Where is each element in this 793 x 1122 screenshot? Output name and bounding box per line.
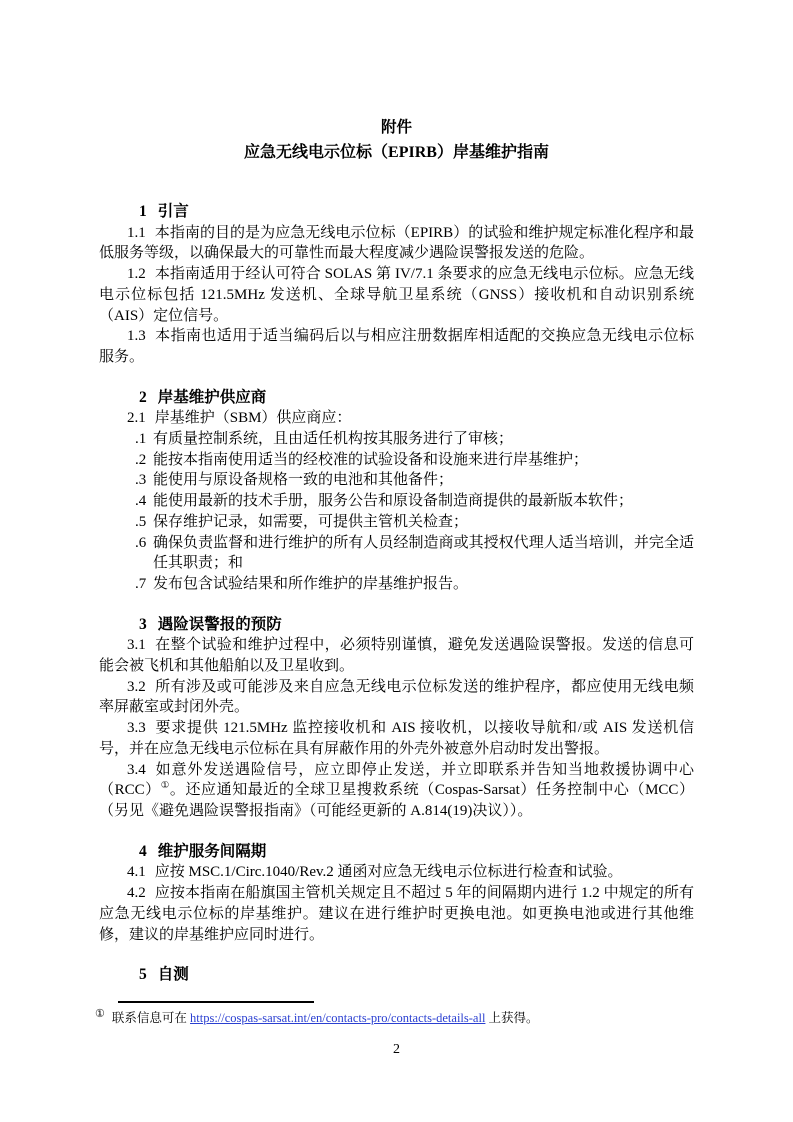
paragraph-number: 1.1	[127, 225, 146, 241]
section-heading-false-alert-prevention: 3遇险误警报的预防	[99, 615, 694, 636]
footnote-area: ①联系信息可在 https://cospas-sarsat.int/en/con…	[99, 1001, 694, 1027]
section-number: 3	[139, 616, 147, 633]
section-heading-maintenance-intervals: 4维护服务间隔期	[99, 842, 694, 863]
list-item-text: 发布包含试验结果和所作维护的岸基维护报告。	[153, 574, 694, 595]
list-item-marker: .7	[135, 574, 153, 595]
page-number: 2	[0, 1040, 793, 1061]
requirements-list: .1有质量控制系统，且由适任机构按其服务进行了审核； .2能按本指南使用适当的经…	[99, 429, 694, 595]
footnote-marker: ①	[95, 1008, 105, 1020]
footnote-text-before: 联系信息可在	[112, 1011, 190, 1025]
list-item-text: 确保负责监督和进行维护的所有人员经制造商或其授权代理人适当培训，并完全适任其职责…	[153, 533, 694, 574]
list-item-marker: .1	[135, 429, 153, 450]
paragraph-text: 在整个试验和维护过程中，必须特别谨慎，避免发送遇险误警报。发送的信息可能会被飞机…	[99, 637, 694, 674]
paragraph-1-1: 1.1本指南的目的是为应急无线电示位标（EPIRB）的试验和维护规定标准化程序和…	[99, 223, 694, 264]
paragraph-text: 所有涉及或可能涉及来自应急无线电示位标发送的维护程序，都应使用无线电频率屏蔽室或…	[99, 679, 694, 716]
document-title: 应急无线电示位标（EPIRB）岸基维护指南	[99, 140, 694, 165]
section-self-test: 5自测	[99, 965, 694, 986]
section-title: 引言	[158, 203, 189, 220]
paragraph-1-2: 1.2本指南适用于经认可符合 SOLAS 第 IV/7.1 条要求的应急无线电示…	[99, 264, 694, 326]
section-number: 1	[139, 203, 147, 220]
section-heading-sbm-providers: 2岸基维护供应商	[99, 388, 694, 409]
paragraph-3-2: 3.2所有涉及或可能涉及来自应急无线电示位标发送的维护程序，都应使用无线电频率屏…	[99, 677, 694, 718]
paragraph-text: 应按 MSC.1/Circ.1040/Rev.2 通函对应急无线电示位标进行检查…	[155, 864, 623, 880]
attachment-label: 附件	[99, 115, 694, 140]
section-false-alert-prevention: 3遇险误警报的预防 3.1在整个试验和维护过程中，必须特别谨慎，避免发送遇险误警…	[99, 615, 694, 822]
section-title: 维护服务间隔期	[158, 843, 267, 860]
paragraph-3-1: 3.1在整个试验和维护过程中，必须特别谨慎，避免发送遇险误警报。发送的信息可能会…	[99, 635, 694, 676]
footnote-separator	[118, 1001, 314, 1003]
paragraph-text: 。还应通知最近的全球卫星搜救系统（Cospas-Sarsat）任务控制中心（MC…	[99, 782, 694, 819]
paragraph-text: 本指南适用于经认可符合 SOLAS 第 IV/7.1 条要求的应急无线电示位标。…	[99, 266, 694, 323]
document-page: { "document": { "attachment_label": "附件"…	[0, 0, 793, 1122]
paragraph-number: 3.1	[127, 637, 146, 653]
section-heading-self-test: 5自测	[99, 965, 694, 986]
footnote-text-after: 上获得。	[485, 1011, 538, 1025]
list-item-2-1-7: .7发布包含试验结果和所作维护的岸基维护报告。	[99, 574, 694, 595]
paragraph-text: 本指南的目的是为应急无线电示位标（EPIRB）的试验和维护规定标准化程序和最低服…	[99, 225, 694, 262]
section-title: 遇险误警报的预防	[158, 616, 282, 633]
document-body: 附件 应急无线电示位标（EPIRB）岸基维护指南 1引言 1.1本指南的目的是为…	[0, 0, 793, 986]
section-number: 5	[139, 966, 147, 983]
paragraph-number: 1.2	[127, 266, 146, 282]
footnote: ①联系信息可在 https://cospas-sarsat.int/en/con…	[95, 1010, 694, 1027]
list-item-text: 能使用最新的技术手册，服务公告和原设备制造商提供的最新版本软件；	[153, 491, 694, 512]
list-item-marker: .5	[135, 512, 153, 533]
paragraph-number: 4.1	[127, 864, 146, 880]
paragraph-text: 本指南也适用于适当编码后以与相应注册数据库相适配的交换应急无线电示位标服务。	[99, 328, 694, 365]
section-title: 自测	[158, 966, 189, 983]
list-item-2-1-3: .3能使用与原设备规格一致的电池和其他备件；	[99, 470, 694, 491]
list-item-marker: .6	[135, 533, 153, 574]
list-item-marker: .2	[135, 450, 153, 471]
paragraph-4-2: 4.2应按本指南在船旗国主管机关规定且不超过 5 年的间隔期内进行 1.2 中规…	[99, 883, 694, 945]
paragraph-number: 4.2	[127, 885, 146, 901]
footnote-reference-marker: ①	[161, 781, 170, 791]
list-item-2-1-6: .6确保负责监督和进行维护的所有人员经制造商或其授权代理人适当培训，并完全适任其…	[99, 533, 694, 574]
paragraph-text: 应按本指南在船旗国主管机关规定且不超过 5 年的间隔期内进行 1.2 中规定的所…	[99, 885, 694, 942]
paragraph-number: 1.3	[127, 328, 146, 344]
paragraph-number: 3.2	[127, 679, 146, 695]
section-number: 2	[139, 389, 147, 406]
paragraph-1-3: 1.3本指南也适用于适当编码后以与相应注册数据库相适配的交换应急无线电示位标服务…	[99, 326, 694, 367]
paragraph-number: 3.4	[127, 762, 146, 778]
list-item-2-1-5: .5保存维护记录，如需要，可提供主管机关检查；	[99, 512, 694, 533]
section-heading-introduction: 1引言	[99, 202, 694, 223]
footnote-link[interactable]: https://cospas-sarsat.int/en/contacts-pr…	[190, 1011, 485, 1025]
list-item-2-1-1: .1有质量控制系统，且由适任机构按其服务进行了审核；	[99, 429, 694, 450]
list-item-2-1-2: .2能按本指南使用适当的经校准的试验设备和设施来进行岸基维护；	[99, 450, 694, 471]
document-header: 附件 应急无线电示位标（EPIRB）岸基维护指南	[99, 115, 694, 165]
list-item-marker: .3	[135, 470, 153, 491]
paragraph-number: 2.1	[127, 410, 146, 426]
list-item-text: 能按本指南使用适当的经校准的试验设备和设施来进行岸基维护；	[153, 450, 694, 471]
list-item-text: 保存维护记录，如需要，可提供主管机关检查；	[153, 512, 694, 533]
section-title: 岸基维护供应商	[158, 389, 267, 406]
paragraph-text: 岸基维护（SBM）供应商应：	[155, 410, 352, 426]
paragraph-text: 要求提供 121.5MHz 监控接收机和 AIS 接收机，以接收导航和/或 AI…	[99, 720, 694, 757]
section-sbm-providers: 2岸基维护供应商 2.1岸基维护（SBM）供应商应： .1有质量控制系统，且由适…	[99, 388, 694, 595]
list-item-marker: .4	[135, 491, 153, 512]
paragraph-3-4: 3.4如意外发送遇险信号，应立即停止发送，并立即联系并告知当地救援协调中心（RC…	[99, 760, 694, 822]
list-item-text: 有质量控制系统，且由适任机构按其服务进行了审核；	[153, 429, 694, 450]
paragraph-2-1: 2.1岸基维护（SBM）供应商应：	[99, 408, 694, 429]
list-item-text: 能使用与原设备规格一致的电池和其他备件；	[153, 470, 694, 491]
section-introduction: 1引言 1.1本指南的目的是为应急无线电示位标（EPIRB）的试验和维护规定标准…	[99, 202, 694, 368]
section-maintenance-intervals: 4维护服务间隔期 4.1应按 MSC.1/Circ.1040/Rev.2 通函对…	[99, 842, 694, 946]
paragraph-4-1: 4.1应按 MSC.1/Circ.1040/Rev.2 通函对应急无线电示位标进…	[99, 862, 694, 883]
section-number: 4	[139, 843, 147, 860]
list-item-2-1-4: .4能使用最新的技术手册，服务公告和原设备制造商提供的最新版本软件；	[99, 491, 694, 512]
paragraph-number: 3.3	[127, 720, 146, 736]
paragraph-3-3: 3.3要求提供 121.5MHz 监控接收机和 AIS 接收机，以接收导航和/或…	[99, 718, 694, 759]
